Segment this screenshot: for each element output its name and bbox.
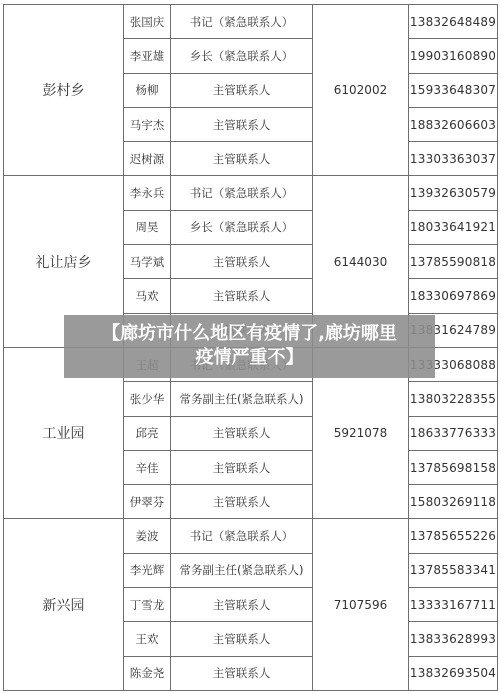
contact-role-cell: 主管联系人 xyxy=(171,656,313,690)
contact-name-cell: 伊翠芬 xyxy=(124,485,171,519)
contact-role-cell: 乡长（紧急联系人） xyxy=(171,210,313,244)
mobile-phone-cell: 13832693504 xyxy=(409,656,498,690)
mobile-phone-cell: 18033641921 xyxy=(409,210,498,244)
mobile-phone-cell: 13833628993 xyxy=(409,622,498,656)
office-phone-cell: 6102002 xyxy=(313,5,409,176)
contact-name-cell: 邱亮 xyxy=(124,416,171,450)
mobile-phone-cell: 13303363037 xyxy=(409,142,498,176)
table-row: 礼让店乡李永兵书记（紧急联系人）614403013932630579 xyxy=(4,176,498,210)
overlay-title-line-2: 疫情严重不】 xyxy=(64,346,435,370)
mobile-phone-cell: 18633776333 xyxy=(409,416,498,450)
mobile-phone-cell: 13785655226 xyxy=(409,519,498,553)
contact-name-cell: 李光辉 xyxy=(124,553,171,587)
contact-role-cell: 主管联系人 xyxy=(171,142,313,176)
contact-name-cell: 李永兵 xyxy=(124,176,171,210)
contact-name-cell: 李亚雄 xyxy=(124,39,171,73)
contact-role-cell: 主管联系人 xyxy=(171,485,313,519)
contact-role-cell: 书记（紧急联系人） xyxy=(171,176,313,210)
contact-role-cell: 书记（紧急联系人） xyxy=(171,5,313,39)
mobile-phone-cell: 13932630579 xyxy=(409,176,498,210)
mobile-phone-cell: 13785698158 xyxy=(409,450,498,484)
contact-role-cell: 主管联系人 xyxy=(171,450,313,484)
contact-name-cell: 陈金尧 xyxy=(124,656,171,690)
contact-role-cell: 常务副主任(紧急联系人) xyxy=(171,553,313,587)
overlay-title-line-1: 【廊坊市什么地区有疫情了,廊坊哪里 xyxy=(64,322,435,346)
office-phone-cell: 7107596 xyxy=(313,519,409,690)
region-cell: 彭村乡 xyxy=(4,5,124,176)
contact-role-cell: 主管联系人 xyxy=(171,73,313,107)
contact-name-cell: 王欢 xyxy=(124,622,171,656)
contact-role-cell: 主管联系人 xyxy=(171,245,313,279)
region-cell: 新兴园 xyxy=(4,519,124,690)
contact-role-cell: 乡长（紧急联系人） xyxy=(171,39,313,73)
mobile-phone-cell: 19903160890 xyxy=(409,39,498,73)
contact-name-cell: 马学斌 xyxy=(124,245,171,279)
contact-role-cell: 主管联系人 xyxy=(171,416,313,450)
contact-role-cell: 书记（紧急联系人） xyxy=(171,519,313,553)
contact-name-cell: 迟树源 xyxy=(124,142,171,176)
contact-name-cell: 姜波 xyxy=(124,519,171,553)
contact-name-cell: 丁雪龙 xyxy=(124,588,171,622)
table-row: 新兴园姜波书记（紧急联系人）710759613785655226 xyxy=(4,519,498,553)
mobile-phone-cell: 13803228355 xyxy=(409,382,498,416)
contact-role-cell: 主管联系人 xyxy=(171,279,313,313)
contact-name-cell: 马欢 xyxy=(124,279,171,313)
contact-name-cell: 张少华 xyxy=(124,382,171,416)
contact-role-cell: 常务副主任(紧急联系人) xyxy=(171,382,313,416)
mobile-phone-cell: 18832606603 xyxy=(409,107,498,141)
mobile-phone-cell: 13333167711 xyxy=(409,588,498,622)
contact-name-cell: 周昊 xyxy=(124,210,171,244)
contact-name-cell: 张国庆 xyxy=(124,5,171,39)
contact-role-cell: 主管联系人 xyxy=(171,588,313,622)
contact-role-cell: 主管联系人 xyxy=(171,622,313,656)
mobile-phone-cell: 15933648307 xyxy=(409,73,498,107)
mobile-phone-cell: 13785590818 xyxy=(409,245,498,279)
mobile-phone-cell: 13785583341 xyxy=(409,553,498,587)
contact-name-cell: 杨柳 xyxy=(124,73,171,107)
mobile-phone-cell: 15803269118 xyxy=(409,485,498,519)
mobile-phone-cell: 13832648489 xyxy=(409,5,498,39)
contact-name-cell: 马宇杰 xyxy=(124,107,171,141)
title-overlay-banner: 【廊坊市什么地区有疫情了,廊坊哪里 疫情严重不】 xyxy=(64,315,435,378)
contact-role-cell: 主管联系人 xyxy=(171,107,313,141)
table-row: 彭村乡张国庆书记（紧急联系人）610200213832648489 xyxy=(4,5,498,39)
contact-name-cell: 辛佳 xyxy=(124,450,171,484)
mobile-phone-cell: 18330697869 xyxy=(409,279,498,313)
